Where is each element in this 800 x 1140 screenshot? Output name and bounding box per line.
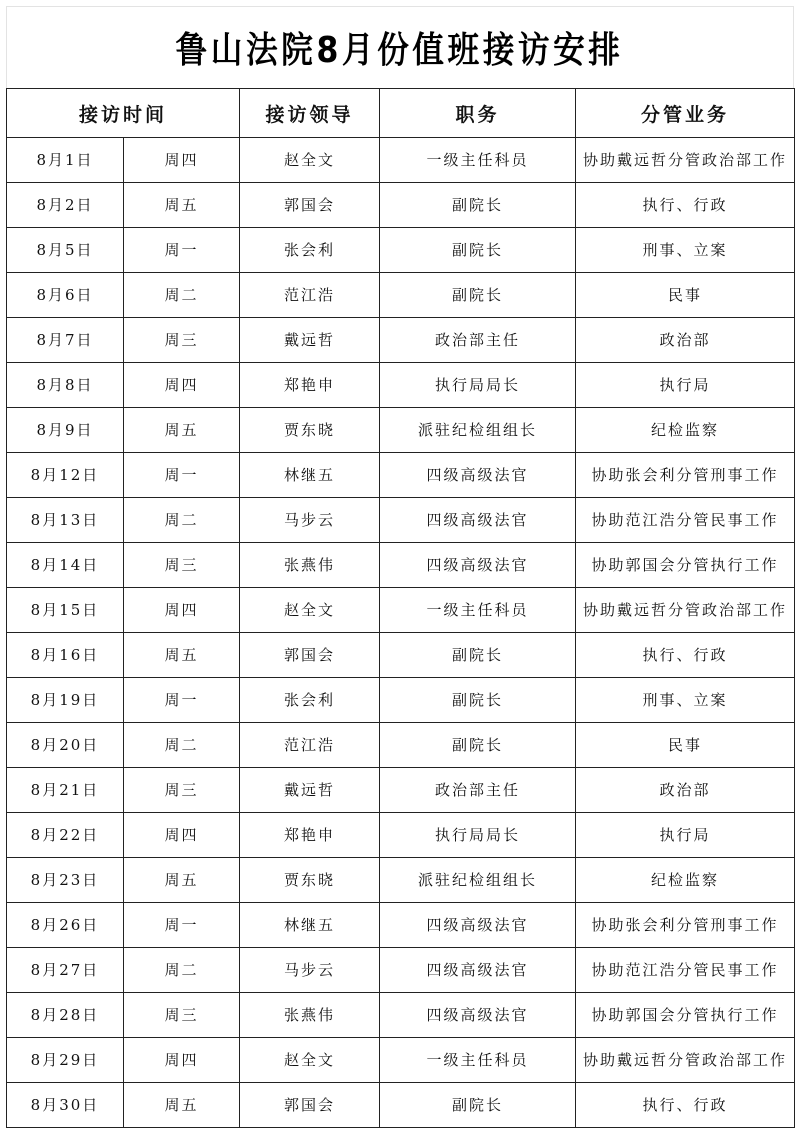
business-cell: 执行局 xyxy=(576,813,795,858)
business-cell: 协助范江浩分管民事工作 xyxy=(576,498,795,543)
leader-cell: 范江浩 xyxy=(240,273,380,318)
table-row: 8月28日周三张燕伟四级高级法官协助郭国会分管执行工作 xyxy=(7,993,795,1038)
business-cell: 政治部 xyxy=(576,768,795,813)
date-cell: 8月9日 xyxy=(7,408,124,453)
table-row: 8月23日周五贾东晓派驻纪检组组长纪检监察 xyxy=(7,858,795,903)
leader-cell: 贾东晓 xyxy=(240,408,380,453)
date-cell: 8月16日 xyxy=(7,633,124,678)
date-cell: 8月14日 xyxy=(7,543,124,588)
date-cell: 8月29日 xyxy=(7,1038,124,1083)
weekday-cell: 周二 xyxy=(124,948,240,993)
date-cell: 8月1日 xyxy=(7,138,124,183)
date-cell: 8月5日 xyxy=(7,228,124,273)
weekday-cell: 周三 xyxy=(124,318,240,363)
weekday-cell: 周二 xyxy=(124,498,240,543)
business-cell: 执行局 xyxy=(576,363,795,408)
leader-cell: 马步云 xyxy=(240,948,380,993)
table-row: 8月1日周四赵全文一级主任科员协助戴远哲分管政治部工作 xyxy=(7,138,795,183)
table-row: 8月13日周二马步云四级高级法官协助范江浩分管民事工作 xyxy=(7,498,795,543)
table-row: 8月19日周一张会利副院长刑事、立案 xyxy=(7,678,795,723)
position-cell: 副院长 xyxy=(380,183,576,228)
business-cell: 协助张会利分管刑事工作 xyxy=(576,453,795,498)
header-leader: 接访领导 xyxy=(240,89,380,138)
position-cell: 副院长 xyxy=(380,723,576,768)
position-cell: 一级主任科员 xyxy=(380,1038,576,1083)
leader-cell: 戴远哲 xyxy=(240,768,380,813)
date-cell: 8月27日 xyxy=(7,948,124,993)
business-cell: 协助郭国会分管执行工作 xyxy=(576,993,795,1038)
position-cell: 四级高级法官 xyxy=(380,453,576,498)
date-cell: 8月6日 xyxy=(7,273,124,318)
leader-cell: 林继五 xyxy=(240,453,380,498)
leader-cell: 张会利 xyxy=(240,678,380,723)
weekday-cell: 周五 xyxy=(124,633,240,678)
business-cell: 协助戴远哲分管政治部工作 xyxy=(576,588,795,633)
table-row: 8月5日周一张会利副院长刑事、立案 xyxy=(7,228,795,273)
position-cell: 副院长 xyxy=(380,1083,576,1128)
weekday-cell: 周五 xyxy=(124,183,240,228)
weekday-cell: 周二 xyxy=(124,273,240,318)
business-cell: 执行、行政 xyxy=(576,183,795,228)
weekday-cell: 周四 xyxy=(124,138,240,183)
leader-cell: 郭国会 xyxy=(240,633,380,678)
leader-cell: 赵全文 xyxy=(240,138,380,183)
weekday-cell: 周三 xyxy=(124,993,240,1038)
position-cell: 四级高级法官 xyxy=(380,498,576,543)
weekday-cell: 周四 xyxy=(124,813,240,858)
date-cell: 8月8日 xyxy=(7,363,124,408)
position-cell: 副院长 xyxy=(380,273,576,318)
weekday-cell: 周五 xyxy=(124,408,240,453)
leader-cell: 范江浩 xyxy=(240,723,380,768)
date-cell: 8月22日 xyxy=(7,813,124,858)
business-cell: 协助张会利分管刑事工作 xyxy=(576,903,795,948)
schedule-body: 8月1日周四赵全文一级主任科员协助戴远哲分管政治部工作8月2日周五郭国会副院长执… xyxy=(7,138,795,1128)
position-cell: 执行局局长 xyxy=(380,363,576,408)
table-row: 8月21日周三戴远哲政治部主任政治部 xyxy=(7,768,795,813)
business-cell: 刑事、立案 xyxy=(576,678,795,723)
date-cell: 8月2日 xyxy=(7,183,124,228)
leader-cell: 张会利 xyxy=(240,228,380,273)
business-cell: 纪检监察 xyxy=(576,408,795,453)
weekday-cell: 周一 xyxy=(124,228,240,273)
header-time: 接访时间 xyxy=(7,89,240,138)
leader-cell: 赵全文 xyxy=(240,588,380,633)
weekday-cell: 周一 xyxy=(124,453,240,498)
date-cell: 8月21日 xyxy=(7,768,124,813)
position-cell: 四级高级法官 xyxy=(380,948,576,993)
business-cell: 纪检监察 xyxy=(576,858,795,903)
weekday-cell: 周四 xyxy=(124,363,240,408)
table-row: 8月8日周四郑艳申执行局局长执行局 xyxy=(7,363,795,408)
schedule-table: 接访时间 接访领导 职务 分管业务 8月1日周四赵全文一级主任科员协助戴远哲分管… xyxy=(6,88,795,1128)
weekday-cell: 周一 xyxy=(124,903,240,948)
leader-cell: 郑艳申 xyxy=(240,813,380,858)
position-cell: 副院长 xyxy=(380,678,576,723)
position-cell: 政治部主任 xyxy=(380,768,576,813)
business-cell: 协助郭国会分管执行工作 xyxy=(576,543,795,588)
table-row: 8月12日周一林继五四级高级法官协助张会利分管刑事工作 xyxy=(7,453,795,498)
weekday-cell: 周四 xyxy=(124,588,240,633)
table-row: 8月16日周五郭国会副院长执行、行政 xyxy=(7,633,795,678)
weekday-cell: 周四 xyxy=(124,1038,240,1083)
date-cell: 8月23日 xyxy=(7,858,124,903)
leader-cell: 马步云 xyxy=(240,498,380,543)
title-box: 鲁山法院8月份值班接访安排 xyxy=(6,6,794,88)
leader-cell: 戴远哲 xyxy=(240,318,380,363)
date-cell: 8月28日 xyxy=(7,993,124,1038)
table-row: 8月29日周四赵全文一级主任科员协助戴远哲分管政治部工作 xyxy=(7,1038,795,1083)
header-row: 接访时间 接访领导 职务 分管业务 xyxy=(7,89,795,138)
table-row: 8月30日周五郭国会副院长执行、行政 xyxy=(7,1083,795,1128)
position-cell: 四级高级法官 xyxy=(380,993,576,1038)
leader-cell: 林继五 xyxy=(240,903,380,948)
leader-cell: 张燕伟 xyxy=(240,993,380,1038)
business-cell: 执行、行政 xyxy=(576,1083,795,1128)
table-row: 8月15日周四赵全文一级主任科员协助戴远哲分管政治部工作 xyxy=(7,588,795,633)
weekday-cell: 周五 xyxy=(124,1083,240,1128)
date-cell: 8月19日 xyxy=(7,678,124,723)
business-cell: 刑事、立案 xyxy=(576,228,795,273)
table-row: 8月2日周五郭国会副院长执行、行政 xyxy=(7,183,795,228)
weekday-cell: 周二 xyxy=(124,723,240,768)
table-row: 8月14日周三张燕伟四级高级法官协助郭国会分管执行工作 xyxy=(7,543,795,588)
position-cell: 执行局局长 xyxy=(380,813,576,858)
business-cell: 协助范江浩分管民事工作 xyxy=(576,948,795,993)
leader-cell: 郭国会 xyxy=(240,183,380,228)
table-row: 8月26日周一林继五四级高级法官协助张会利分管刑事工作 xyxy=(7,903,795,948)
business-cell: 协助戴远哲分管政治部工作 xyxy=(576,1038,795,1083)
table-row: 8月6日周二范江浩副院长民事 xyxy=(7,273,795,318)
date-cell: 8月30日 xyxy=(7,1083,124,1128)
table-row: 8月7日周三戴远哲政治部主任政治部 xyxy=(7,318,795,363)
header-position: 职务 xyxy=(380,89,576,138)
date-cell: 8月20日 xyxy=(7,723,124,768)
page-title: 鲁山法院8月份值班接访安排 xyxy=(176,22,624,73)
date-cell: 8月13日 xyxy=(7,498,124,543)
weekday-cell: 周三 xyxy=(124,768,240,813)
table-row: 8月27日周二马步云四级高级法官协助范江浩分管民事工作 xyxy=(7,948,795,993)
position-cell: 派驻纪检组组长 xyxy=(380,858,576,903)
leader-cell: 郑艳申 xyxy=(240,363,380,408)
business-cell: 民事 xyxy=(576,723,795,768)
date-cell: 8月12日 xyxy=(7,453,124,498)
date-cell: 8月26日 xyxy=(7,903,124,948)
leader-cell: 赵全文 xyxy=(240,1038,380,1083)
position-cell: 一级主任科员 xyxy=(380,138,576,183)
business-cell: 民事 xyxy=(576,273,795,318)
table-row: 8月22日周四郑艳申执行局局长执行局 xyxy=(7,813,795,858)
position-cell: 政治部主任 xyxy=(380,318,576,363)
position-cell: 副院长 xyxy=(380,633,576,678)
position-cell: 四级高级法官 xyxy=(380,903,576,948)
leader-cell: 贾东晓 xyxy=(240,858,380,903)
business-cell: 协助戴远哲分管政治部工作 xyxy=(576,138,795,183)
weekday-cell: 周五 xyxy=(124,858,240,903)
leader-cell: 张燕伟 xyxy=(240,543,380,588)
header-business: 分管业务 xyxy=(576,89,795,138)
position-cell: 派驻纪检组组长 xyxy=(380,408,576,453)
weekday-cell: 周一 xyxy=(124,678,240,723)
business-cell: 政治部 xyxy=(576,318,795,363)
position-cell: 一级主任科员 xyxy=(380,588,576,633)
table-row: 8月20日周二范江浩副院长民事 xyxy=(7,723,795,768)
position-cell: 副院长 xyxy=(380,228,576,273)
date-cell: 8月15日 xyxy=(7,588,124,633)
position-cell: 四级高级法官 xyxy=(380,543,576,588)
date-cell: 8月7日 xyxy=(7,318,124,363)
business-cell: 执行、行政 xyxy=(576,633,795,678)
table-row: 8月9日周五贾东晓派驻纪检组组长纪检监察 xyxy=(7,408,795,453)
leader-cell: 郭国会 xyxy=(240,1083,380,1128)
weekday-cell: 周三 xyxy=(124,543,240,588)
